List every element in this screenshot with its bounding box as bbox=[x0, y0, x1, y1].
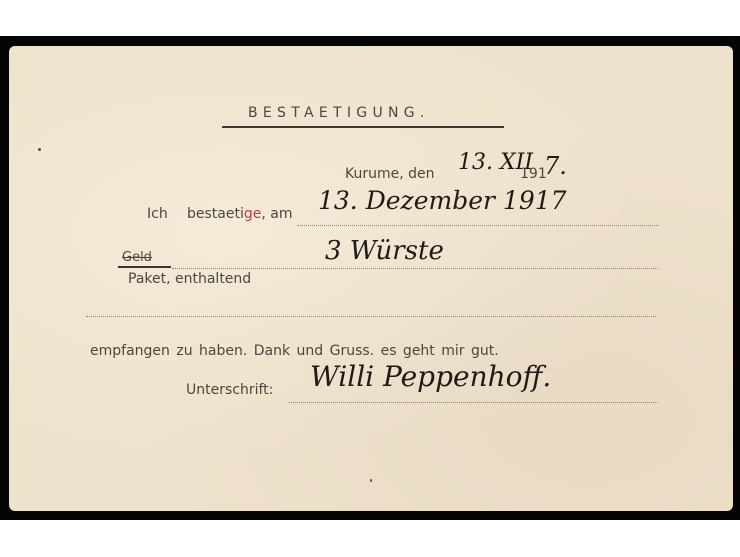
date-dotted-line bbox=[297, 225, 659, 226]
handwritten-year-digit: 7. bbox=[544, 152, 567, 180]
handwritten-received-date: 13. Dezember 1917 bbox=[318, 186, 567, 215]
contents-label: Paket, enthaltend bbox=[128, 271, 251, 287]
struck-geld: Geld bbox=[122, 250, 152, 265]
document-title: BESTAETIGUNG. bbox=[248, 105, 430, 121]
closing-text: empfangen zu haben. Dank und Gruss. es g… bbox=[90, 343, 499, 359]
printed-ich: Ich bbox=[147, 206, 168, 222]
red-correction: ge bbox=[244, 206, 262, 222]
printed-confirm-verb: bestaetige, am bbox=[187, 206, 292, 222]
contents-dotted-line bbox=[172, 268, 658, 269]
handwritten-signature: Willi Peppenhoff. bbox=[310, 360, 551, 393]
blank-dotted-line bbox=[86, 316, 656, 317]
signature-dotted-line bbox=[289, 402, 658, 403]
handwritten-contents: 3 Würste bbox=[325, 236, 444, 266]
place-date-prefix: Kurume, den bbox=[345, 166, 435, 182]
printed-am: , am bbox=[261, 206, 292, 222]
verb-base: bestaeti bbox=[187, 206, 244, 222]
printed-year-prefix: 191 bbox=[520, 166, 547, 182]
paper-speck bbox=[38, 148, 41, 151]
paper-speck bbox=[370, 479, 372, 482]
signature-label: Unterschrift: bbox=[186, 382, 273, 398]
geld-underline bbox=[118, 266, 171, 268]
title-underline bbox=[222, 126, 504, 128]
